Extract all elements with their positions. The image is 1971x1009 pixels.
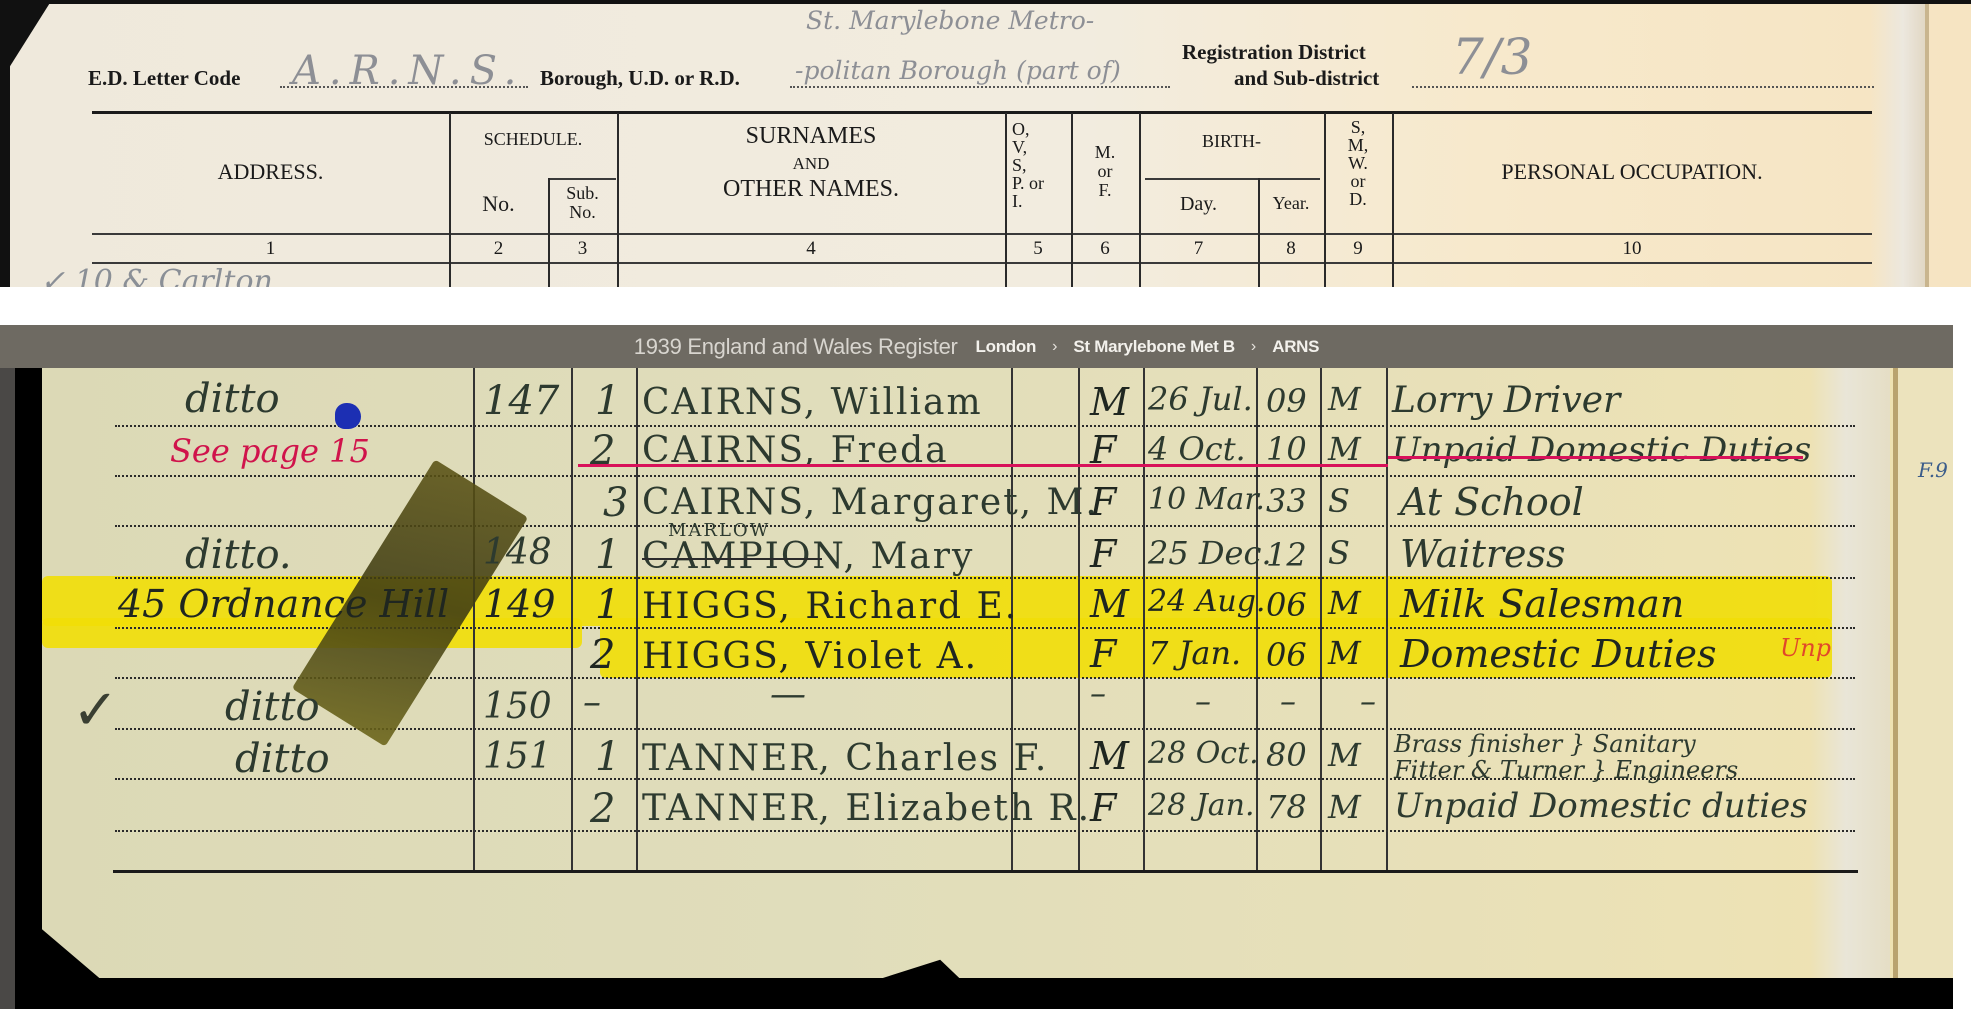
col-header-schedule-no: No.: [449, 192, 548, 215]
entry-sub-no: 1: [595, 378, 620, 424]
entry-birth-day: 7 Jan.: [1148, 634, 1241, 672]
ed-letter-code-label: E.D. Letter Code: [88, 66, 240, 91]
entry-marital-status: M: [1328, 380, 1361, 418]
entry-sub-no: 2: [590, 632, 615, 678]
tick-mark-icon: ✓: [72, 678, 119, 743]
smwd-line: or: [1324, 172, 1392, 190]
entry-sex: F: [1090, 480, 1116, 524]
viewer-breadcrumb-bar: 1939 England and Wales Register London ›…: [0, 325, 1953, 368]
entry-marital-status: S: [1328, 482, 1350, 520]
ovspi-line: V,: [1012, 138, 1072, 156]
col-num: 6: [1071, 238, 1139, 260]
entry-sex: F: [1090, 786, 1116, 830]
col-header-surnames: SURNAMES AND OTHER NAMES.: [617, 124, 1005, 202]
col-header-mf: M. or F.: [1071, 143, 1139, 200]
col-num: 1: [92, 238, 449, 260]
entry-name: CAMPION, Mary: [642, 536, 974, 577]
entry-sex: –: [1090, 674, 1106, 712]
header-top-rule: [92, 111, 1872, 114]
entry-birth-year: 12: [1266, 536, 1307, 574]
registration-dotted-line: [1412, 86, 1874, 88]
entry-address: ditto.: [185, 532, 292, 578]
torn-edge: [1870, 4, 1925, 287]
col-num: 10: [1392, 238, 1872, 260]
mf-line: M.: [1071, 143, 1139, 162]
entry-birth-day: 28 Jan.: [1148, 788, 1254, 823]
borough-dotted-line: [790, 86, 1170, 88]
entry-birth-day: 28 Oct.: [1148, 736, 1259, 771]
entry-sex: M: [1090, 380, 1129, 424]
smwd-line: M,: [1324, 136, 1392, 154]
entry-birth-day: 24 Aug.: [1148, 584, 1265, 619]
ovspi-line: I.: [1012, 192, 1072, 210]
entry-marital-status: M: [1328, 788, 1361, 826]
col-divider: [571, 368, 573, 870]
entry-occupation-line1: Brass finisher } Sanitary: [1394, 730, 1696, 758]
col-num: 8: [1258, 238, 1324, 260]
entry-occupation: Unpaid Domestic Duties: [1392, 430, 1811, 470]
sub-no-line: Sub.: [548, 184, 617, 203]
col-header-occupation: PERSONAL OCCUPATION.: [1392, 160, 1872, 183]
register-page-entries-image: See page 15 ✓ F.9 ditto 147 1 CAIRNS, Wi…: [0, 368, 1953, 1009]
entry-marital-status: M: [1328, 430, 1361, 468]
col-divider: [1392, 113, 1394, 287]
entry-birth-year: 06: [1266, 586, 1307, 624]
col-num: 4: [617, 238, 1005, 260]
entry-address: 45 Ordnance Hill: [118, 582, 449, 626]
page-fold: [1925, 4, 1929, 287]
entry-address: ditto: [235, 736, 330, 782]
row-line: [115, 475, 1855, 477]
smwd-line: D.: [1324, 190, 1392, 208]
entry-occupation: At School: [1400, 480, 1584, 524]
entry-sub-no: 1: [595, 734, 620, 780]
borough-label: Borough, U.D. or R.D.: [540, 66, 740, 91]
entry-name: CAIRNS, Margaret, M.: [642, 482, 1099, 523]
breadcrumb-chevron-icon: ›: [1052, 338, 1057, 356]
entry-sub-no: 1: [595, 532, 620, 578]
entry-birth-day: 25 Dec.: [1148, 534, 1272, 572]
entry-name: —: [770, 674, 806, 715]
smwd-line: S,: [1324, 118, 1392, 136]
entry-marital-status: M: [1328, 634, 1361, 672]
col-header-birth-group: BIRTH-: [1139, 132, 1324, 151]
register-page-header-image: E.D. Letter Code A.R.N.S. Borough, U.D. …: [0, 0, 1971, 287]
smwd-line: W.: [1324, 154, 1392, 172]
entry-birth-year: 78: [1266, 788, 1307, 826]
entry-sex: M: [1090, 582, 1129, 626]
mf-line: F.: [1071, 181, 1139, 200]
breadcrumb-st-marylebone[interactable]: St Marylebone Met B: [1073, 337, 1235, 357]
surnames-line: OTHER NAMES.: [617, 177, 1005, 202]
col-num: 3: [548, 238, 617, 260]
entry-address: ditto: [185, 376, 280, 422]
red-strikethrough: [578, 464, 1388, 467]
blue-ink-blot: [335, 403, 361, 429]
borough-value-line1: St. Marylebone Metro-: [806, 6, 1094, 35]
entry-sex: M: [1090, 734, 1129, 778]
ovspi-line: S,: [1012, 156, 1072, 174]
red-strikethrough: [1388, 456, 1803, 459]
mf-line: or: [1071, 162, 1139, 181]
header-bottom-rule: [92, 262, 1872, 264]
viewer-edge: [0, 368, 15, 1009]
registration-value: 7/3: [1452, 28, 1532, 86]
entry-name: TANNER, Elizabeth R.: [642, 788, 1091, 829]
surnames-line: SURNAMES: [617, 124, 1005, 149]
name-strikethrough: [642, 558, 822, 560]
entry-occupation: Milk Salesman: [1400, 582, 1684, 626]
entry-birth-year: 10: [1266, 430, 1307, 468]
col-divider: [1005, 113, 1007, 287]
col-header-address: ADDRESS.: [92, 160, 449, 183]
entry-occupation: Waitress: [1400, 532, 1566, 576]
entry-birth-year: 80: [1266, 736, 1307, 774]
entry-name: TANNER, Charles F.: [642, 738, 1048, 779]
entry-birth-year: 33: [1266, 482, 1307, 520]
col-header-day: Day.: [1139, 194, 1258, 215]
col-header-sub-no: Sub. No.: [548, 184, 617, 222]
col-divider: [1256, 368, 1258, 870]
entry-birth-day: –: [1195, 682, 1211, 720]
entry-birth-day: 4 Oct.: [1148, 430, 1246, 468]
entry-marital-status: S: [1328, 534, 1350, 572]
entry-occupation-line2: Fitter & Turner } Engineers: [1394, 756, 1738, 784]
section-end-rule: [113, 870, 1858, 873]
entry-name: HIGGS, Violet A.: [642, 636, 978, 677]
entry-birth-year: –: [1280, 682, 1296, 720]
col-num: 9: [1324, 238, 1392, 260]
ed-letter-code-value: A.R.N.S.: [292, 48, 524, 94]
entry-schedule-no: 148: [483, 532, 552, 573]
col-num: 7: [1139, 238, 1258, 260]
entry-sub-no: 2: [590, 428, 615, 474]
col-num: 5: [1005, 238, 1071, 260]
entry-marital-status: –: [1360, 682, 1376, 720]
col-header-ovspi: O, V, S, P. or I.: [1012, 120, 1072, 210]
entry-sub-no: 1: [595, 582, 620, 628]
entry-birth-day: 26 Jul.: [1148, 380, 1253, 418]
registration-district-label: Registration District: [1182, 40, 1366, 65]
entry-birth-year: 09: [1266, 382, 1307, 420]
sub-no-line: No.: [548, 203, 617, 222]
partial-previous-row: ✓ 10 & Carlton: [40, 264, 273, 287]
breadcrumb-arns[interactable]: ARNS: [1272, 337, 1319, 357]
entry-occupation: Domestic Duties: [1400, 632, 1717, 676]
sub-district-label: and Sub-district: [1234, 66, 1379, 91]
entry-schedule-no: 150: [483, 686, 552, 727]
entry-sub-no: 3: [603, 480, 628, 526]
ovspi-line: O,: [1012, 120, 1072, 138]
breadcrumb-london[interactable]: London: [976, 337, 1037, 357]
row-line: [115, 525, 1855, 527]
entry-marital-status: M: [1328, 736, 1361, 774]
col-divider: [1320, 368, 1322, 870]
entry-schedule-no: 147: [483, 378, 559, 424]
header-label-rule: [92, 233, 1872, 235]
col-divider: [473, 368, 475, 870]
row-line: [115, 830, 1855, 832]
entry-schedule-no: 149: [483, 582, 556, 626]
entry-sex: F: [1090, 532, 1116, 576]
entry-address: ditto: [225, 684, 320, 730]
entry-sub-no: –: [583, 682, 601, 723]
row-line: [115, 425, 1855, 427]
birth-group-rule: [1145, 178, 1320, 180]
entry-name: CAIRNS, William: [642, 382, 983, 423]
ovspi-line: P. or: [1012, 174, 1072, 192]
col-header-year: Year.: [1258, 194, 1324, 213]
entry-marital-status: M: [1328, 584, 1361, 622]
right-margin-note: F.9: [1918, 458, 1948, 482]
surnames-line: AND: [617, 155, 1005, 173]
entry-birth-year: 06: [1266, 636, 1307, 674]
unpaid-annotation: Unp: [1780, 634, 1831, 662]
entry-sex: F: [1090, 632, 1116, 676]
entry-birth-day: 10 Mar.: [1148, 482, 1265, 517]
entry-occupation: Lorry Driver: [1392, 380, 1620, 421]
col-divider: [636, 368, 638, 870]
entry-sub-no: 2: [590, 786, 615, 832]
col-divider: [1143, 368, 1145, 870]
col-header-smwd: S, M, W. or D.: [1324, 118, 1392, 208]
entry-schedule-no: 151: [483, 736, 552, 777]
see-page-note: See page 15: [170, 432, 370, 470]
col-num: 2: [449, 238, 548, 260]
entry-occupation: Unpaid Domestic duties: [1394, 786, 1808, 826]
entry-name: HIGGS, Richard E.: [642, 586, 1018, 627]
col-divider: [1386, 368, 1388, 870]
breadcrumb-chevron-icon: ›: [1251, 338, 1256, 356]
schedule-group-rule: [550, 178, 616, 180]
borough-value-line2: -politan Borough (part of): [795, 56, 1121, 85]
collection-title[interactable]: 1939 England and Wales Register: [634, 334, 958, 360]
col-header-schedule-group: SCHEDULE.: [449, 130, 617, 149]
